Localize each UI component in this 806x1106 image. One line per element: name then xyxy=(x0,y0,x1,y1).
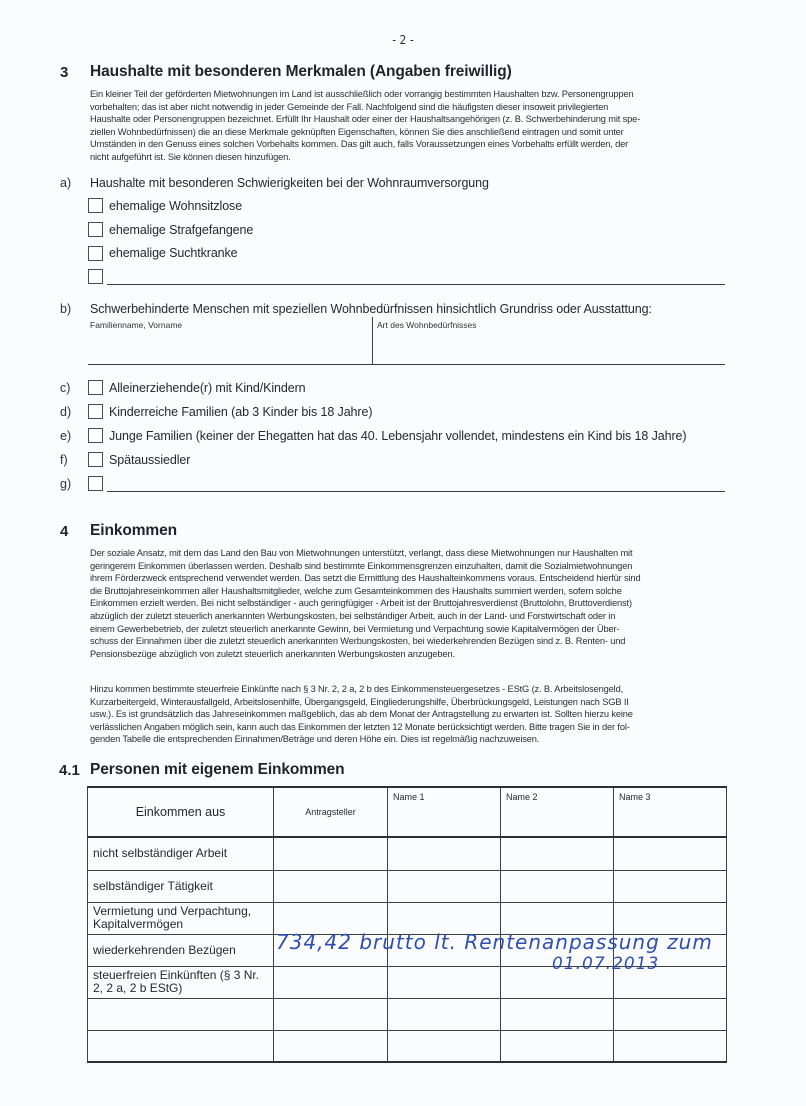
section-4-number: 4 xyxy=(60,523,68,540)
item-e-letter: e) xyxy=(60,429,71,443)
item-c-letter: c) xyxy=(60,381,70,395)
cell-input[interactable] xyxy=(501,870,614,902)
table-row: selbständiger Tätigkeit xyxy=(88,870,727,902)
table-row xyxy=(88,998,727,1030)
section-4-1-number: 4.1 xyxy=(59,762,80,779)
section-3-intro: Ein kleiner Teil der geförderten Mietwoh… xyxy=(90,88,730,164)
cell-input[interactable] xyxy=(614,870,727,902)
income-table: Einkommen aus Antragsteller Name 1 Name … xyxy=(87,786,727,1063)
paragraph-line: Kurzarbeitergeld, Winterausfallgeld, Arb… xyxy=(90,696,740,709)
paragraph-line: einem Gewerbebetrieb, der zuletzt steuer… xyxy=(90,623,740,636)
header-name-2: Name 2 xyxy=(501,787,614,837)
cell-input[interactable] xyxy=(274,966,388,998)
item-a-letter: a) xyxy=(60,176,71,190)
cell-input[interactable] xyxy=(501,1030,614,1062)
row-label: selbständiger Tätigkeit xyxy=(88,870,274,902)
paragraph-line: verlässlichen Angaben möglich sein, kann… xyxy=(90,721,740,734)
field-divider xyxy=(372,317,373,364)
checkbox-label: Junge Familien (keiner der Ehegatten hat… xyxy=(109,429,686,443)
section-3-title: Haushalte mit besonderen Merkmalen (Anga… xyxy=(90,63,512,81)
paragraph-line: Pensionsbezüge abzüglich von zuletzt ste… xyxy=(90,648,740,661)
section-3-number: 3 xyxy=(60,64,68,81)
row-label: wiederkehrenden Bezügen xyxy=(88,934,274,966)
paragraph-line: genden Tabelle die entsprechenden Einnah… xyxy=(90,733,740,746)
intro-line: Umständen in den Genuss eines solchen Vo… xyxy=(90,138,730,151)
checkbox-other-g[interactable] xyxy=(88,476,103,491)
checkbox-label: ehemalige Suchtkranke xyxy=(109,246,238,260)
item-g-letter: g) xyxy=(60,477,71,491)
checkbox-junge-familien[interactable] xyxy=(88,428,103,443)
header-einkommen-aus: Einkommen aus xyxy=(88,787,274,837)
housing-need-label: Art des Wohnbedürfnisses xyxy=(377,320,477,330)
item-b-title: Schwerbehinderte Menschen mit speziellen… xyxy=(90,302,652,316)
header-name-3: Name 3 xyxy=(614,787,727,837)
paragraph-line: abzüglich der zuletzt steuerlich anerkan… xyxy=(90,610,740,623)
other-a-input-line[interactable] xyxy=(107,284,725,285)
cell-input[interactable] xyxy=(388,966,501,998)
checkbox-kinderreiche-familien[interactable] xyxy=(88,404,103,419)
other-g-input-line[interactable] xyxy=(107,491,725,492)
cell-input[interactable] xyxy=(614,998,727,1030)
table-header-row: Einkommen aus Antragsteller Name 1 Name … xyxy=(88,787,727,837)
header-name-1: Name 1 xyxy=(388,787,501,837)
item-b-letter: b) xyxy=(60,302,71,316)
checkbox-ehemalige-strafgefangene[interactable] xyxy=(88,222,103,237)
cell-input[interactable] xyxy=(388,870,501,902)
cell-input[interactable] xyxy=(501,837,614,870)
housing-need-field[interactable] xyxy=(374,330,724,362)
row-label: nicht selbständiger Arbeit xyxy=(88,837,274,870)
cell-input[interactable] xyxy=(274,870,388,902)
cell-input[interactable] xyxy=(614,1030,727,1062)
checkbox-label: Alleinerziehende(r) mit Kind/Kindern xyxy=(109,381,306,395)
paragraph-line: Hinzu kommen bestimmte steuerfreie Einkü… xyxy=(90,683,740,696)
row-label: Vermietung und Verpachtung, Kapitalvermö… xyxy=(88,902,274,934)
header-antragsteller: Antragsteller xyxy=(274,787,388,837)
table-row: nicht selbständiger Arbeit xyxy=(88,837,727,870)
field-underline xyxy=(88,364,725,365)
paragraph-line: ihrem Förderzweck entsprechend verwendet… xyxy=(90,572,740,585)
checkbox-label: Spätaussiedler xyxy=(109,453,190,467)
paragraph-line: die Bruttojahreseinkommen aller Haushalt… xyxy=(90,585,740,598)
section-4-1-title: Personen mit eigenem Einkommen xyxy=(90,761,345,779)
checkbox-other-a[interactable] xyxy=(88,269,103,284)
cell-input[interactable] xyxy=(388,1030,501,1062)
page-number: - 2 - xyxy=(0,33,806,47)
paragraph-line: usw.). Es ist grundsätzlich das Jahresei… xyxy=(90,708,740,721)
checkbox-label: Kinderreiche Familien (ab 3 Kinder bis 1… xyxy=(109,405,372,419)
checkbox-label: ehemalige Wohnsitzlose xyxy=(109,199,242,213)
checkbox-label: ehemalige Strafgefangene xyxy=(109,223,253,237)
intro-line: ziellen Wohnbedürfnissen) die an diese M… xyxy=(90,126,730,139)
family-name-field[interactable] xyxy=(88,330,371,362)
section-4-paragraph-1: Der soziale Ansatz, mit dem das Land den… xyxy=(90,547,740,660)
section-4-paragraph-2: Hinzu kommen bestimmte steuerfreie Einkü… xyxy=(90,683,740,746)
handwritten-entry-line-1: 734,42 brutto lt. Rentenanpassung zum xyxy=(276,930,713,954)
paragraph-line: schuss der Einnahmen über die zuletzt st… xyxy=(90,635,740,648)
intro-line: nicht aufgeführt ist. Sie können diesen … xyxy=(90,151,730,164)
cell-input[interactable] xyxy=(388,837,501,870)
paragraph-line: Einkommen erzielt werden. Bei nicht selb… xyxy=(90,597,740,610)
checkbox-alleinerziehende[interactable] xyxy=(88,380,103,395)
row-label[interactable] xyxy=(88,998,274,1030)
cell-input[interactable] xyxy=(274,837,388,870)
intro-line: vorbehalten; das ist aber nicht notwendi… xyxy=(90,101,730,114)
row-label[interactable] xyxy=(88,1030,274,1062)
paragraph-line: geringerem Einkommen überlassen werden. … xyxy=(90,560,740,573)
item-a-title: Haushalte mit besonderen Schwierigkeiten… xyxy=(90,176,489,190)
item-f-letter: f) xyxy=(60,453,68,467)
cell-input[interactable] xyxy=(274,998,388,1030)
handwritten-entry-line-2: 01.07.2013 xyxy=(552,954,659,974)
cell-input[interactable] xyxy=(501,998,614,1030)
family-name-label: Familienname, Vorname xyxy=(90,320,182,330)
cell-input[interactable] xyxy=(614,837,727,870)
cell-input[interactable] xyxy=(388,998,501,1030)
intro-line: Haushalte oder Personengruppen bezeichne… xyxy=(90,113,730,126)
cell-input[interactable] xyxy=(274,1030,388,1062)
checkbox-ehemalige-wohnsitzlose[interactable] xyxy=(88,198,103,213)
intro-line: Ein kleiner Teil der geförderten Mietwoh… xyxy=(90,88,730,101)
table-row xyxy=(88,1030,727,1062)
row-label: steuerfreien Einkünften (§ 3 Nr. 2, 2 a,… xyxy=(88,966,274,998)
checkbox-spaetaussiedler[interactable] xyxy=(88,452,103,467)
checkbox-ehemalige-suchtkranke[interactable] xyxy=(88,246,103,261)
item-d-letter: d) xyxy=(60,405,71,419)
paragraph-line: Der soziale Ansatz, mit dem das Land den… xyxy=(90,547,740,560)
section-4-title: Einkommen xyxy=(90,522,177,540)
